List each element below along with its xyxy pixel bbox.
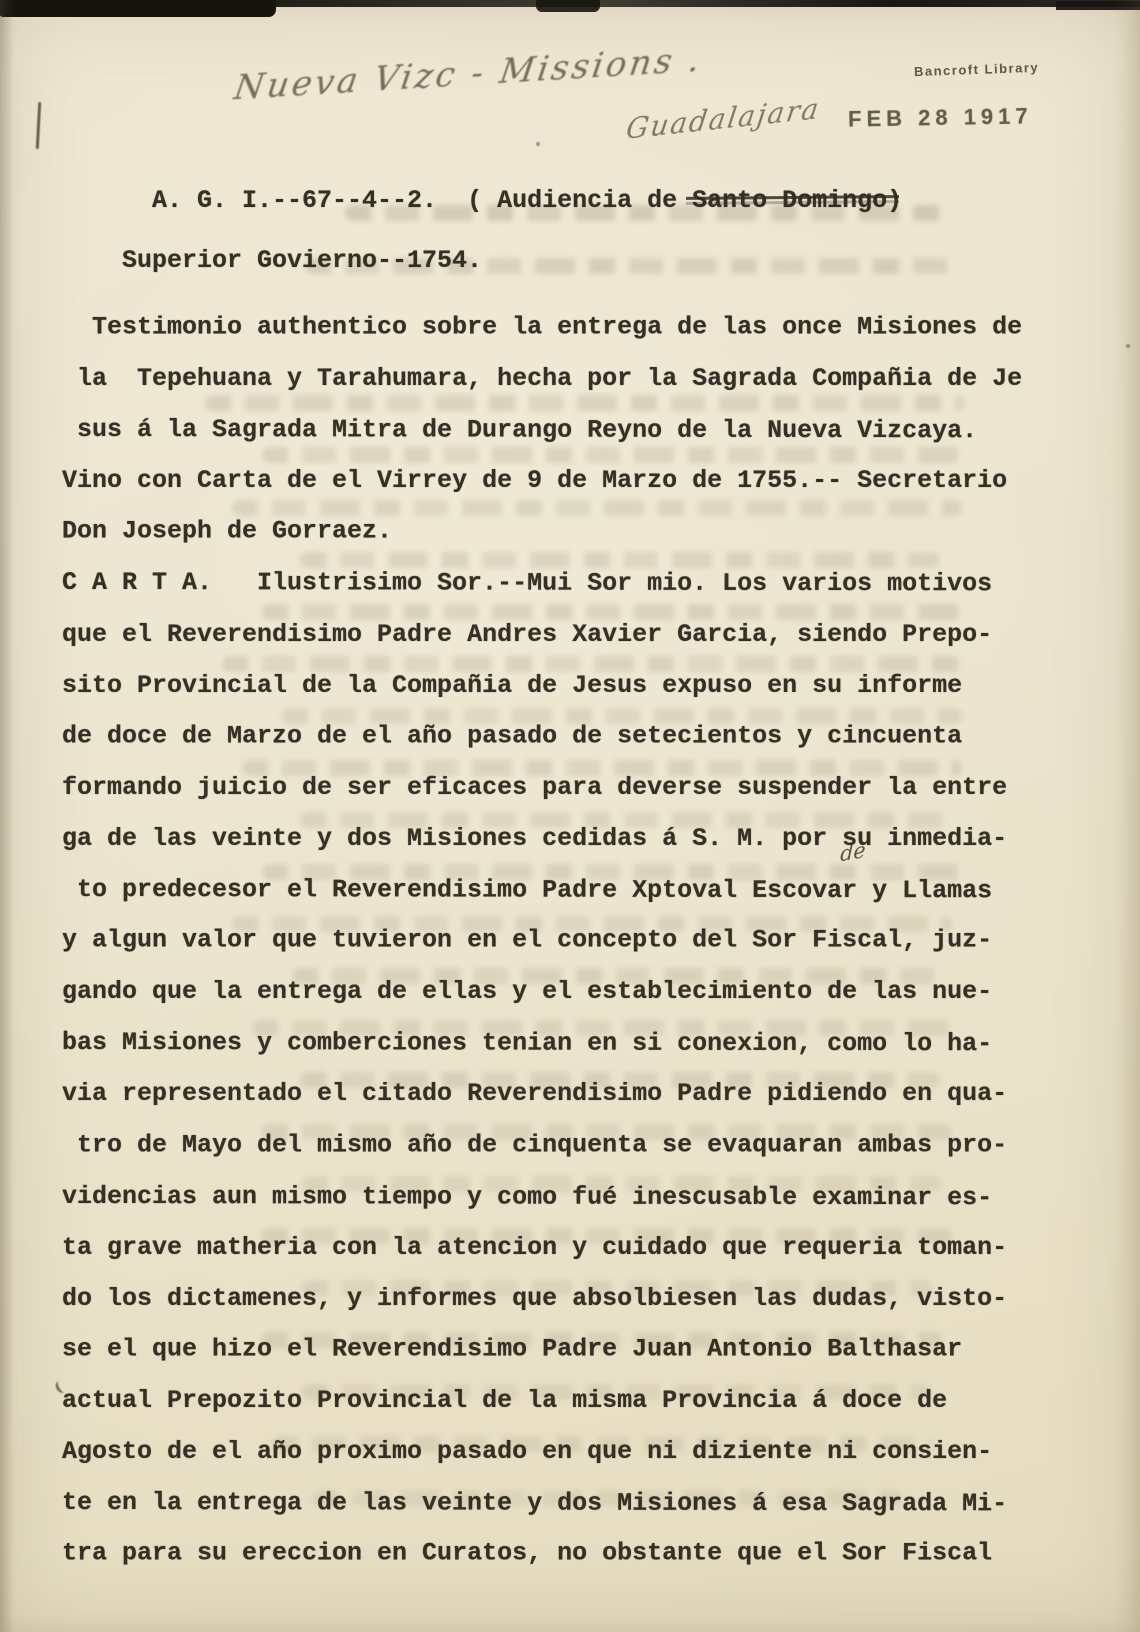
ink-speck [1126,344,1130,348]
body-line: Agosto de el año proximo pasado en que n… [62,1426,1022,1477]
body-line: do los dictamenes, y informes que absolb… [62,1273,1022,1324]
body-line: gando que la entrega de ellas y el estab… [62,966,1022,1017]
body-line: la Tepehuana y Tarahumara, hecha por la … [62,353,1022,404]
body-line: Vino con Carta de el Virrey de 9 de Marz… [62,455,1022,506]
typed-body: Testimonio authentico sobre la entrega d… [62,302,1022,1579]
archive-reference-line: A. G. I.--67--4--2. ( Audiencia de Santo… [92,150,902,252]
body-line: actual Prepozito Provincial de la misma … [62,1375,1022,1426]
page-left-shading [0,0,14,1632]
handwritten-place-note: Guadalajara [624,91,822,145]
body-line: C A R T A. Ilustrisimo Sor.--Mui Sor mio… [62,557,1022,609]
scan-edge-blob-left [0,0,276,17]
date-received-stamp: FEB 28 1917 [848,103,1033,132]
body-line: formando juicio de ser eficaces para dev… [62,762,1022,813]
library-stamp: Bancroft Library [914,60,1040,79]
body-line: te en la entrega de las veinte y dos Mis… [62,1477,1022,1529]
body-line: sito Provincial de la Compañia de Jesus … [62,660,1022,711]
body-line: se el que hizo el Reverendisimo Padre Ju… [62,1323,1022,1374]
archive-reference-prefix: A. G. I.--67--4--2. ( Audiencia de [152,186,692,215]
page-right-shading [1114,0,1140,1632]
scan-edge-blob-mid [536,0,600,12]
body-line: Testimonio authentico sobre la entrega d… [62,302,1022,353]
body-line: Don Joseph de Gorraez. [62,506,1022,557]
body-line: tra para su ereccion en Curatos, no obst… [62,1528,1022,1579]
body-line: tro de Mayo del mismo año de cinquenta s… [62,1119,1022,1170]
body-line: y algun valor que tuvieron en el concept… [62,915,1022,966]
archive-reference-suffix: ) [887,186,902,215]
handwritten-top-note: Nueva Vizc - Missions . [231,39,705,108]
body-line: videncias aun mismo tiempo y como fué in… [62,1171,1022,1223]
margin-pen-tick [36,102,41,149]
body-line: bas Misiones y comberciones tenian en si… [62,1017,1022,1069]
document-page: Nueva Vizc - Missions . Guadalajara de B… [0,0,1140,1632]
body-line: ta grave matheria con la atencion y cuid… [62,1222,1022,1273]
document-heading: Superior Govierno--1754. [122,244,482,278]
ink-speck [536,142,540,146]
body-line: to predecesor el Reverendisimo Padre Xpt… [62,864,1022,916]
body-line: ga de las veinte y dos Misiones cedidas … [62,813,1022,864]
body-line: via representado el citado Reverendisimo… [62,1068,1022,1119]
body-line: sus á la Sagrada Mitra de Durango Reyno … [62,404,1022,456]
struck-text: Santo Domingo [692,184,887,218]
body-line: de doce de Marzo de el año pasado de set… [62,710,1022,761]
body-line: que el Reverendisimo Padre Andres Xavier… [62,609,1022,660]
